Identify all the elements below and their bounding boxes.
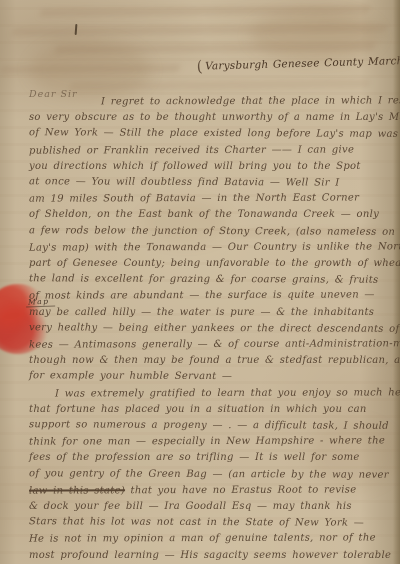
letter-line: I was extremely gratified to learn that … <box>29 385 395 402</box>
dateline-text: Varysburgh Genesee County March 16. 1830 <box>205 53 400 72</box>
dateline-flourish: ( <box>194 57 205 76</box>
letter-scan: (Varysburgh Genesee County March 16. 183… <box>0 0 400 564</box>
letter-line: published or Franklin received its Chart… <box>29 142 395 159</box>
letter-line: I regret to acknowledge that the place i… <box>29 93 395 110</box>
letter-line: am 19 miles South of Batavia — in the No… <box>29 191 395 208</box>
letter-line: part of Genesee County; being unfavorabl… <box>29 256 395 272</box>
letter-line: most profound learning — His sagacity se… <box>29 548 395 564</box>
bleedthrough-line <box>39 6 371 15</box>
letter-line: so very obscure as to be thought unworth… <box>29 110 395 126</box>
bleedthrough-line <box>0 65 181 73</box>
letter-line: think for one man — especially in New Ha… <box>29 434 395 451</box>
letter-line: of New York — Still the place existed lo… <box>29 126 395 144</box>
letter-line: of you gentry of the Green Bag — (an art… <box>29 466 395 484</box>
letter-line: & dock your fee bill — Ira Goodall Esq —… <box>29 499 395 515</box>
letter-line: very healthy — being either yankees or t… <box>29 320 395 338</box>
letter-line: support so numerous a progeny — . — a di… <box>29 417 395 435</box>
letter-line: He is not in my opinion a man of genuine… <box>29 531 395 548</box>
letter-line: kees — Antimasons generally — & of cours… <box>29 336 395 353</box>
letter-line: Lay's map) with the Tonawanda — Our Coun… <box>29 239 395 256</box>
letter-line: may be called hilly — the water is pure … <box>29 305 395 321</box>
letter-line: that fortune has placed you in a situati… <box>29 402 395 418</box>
letter-line: of Sheldon, on the East bank of the Tona… <box>29 207 395 223</box>
dateline: (Varysburgh Genesee County March 16. 183… <box>196 50 396 74</box>
letter-line: at once — You will doubtless find Batavi… <box>29 174 395 192</box>
letter-line: fees of the profession are so trifling —… <box>29 450 395 466</box>
letter-line: for example your humble Servant — <box>29 369 395 387</box>
bleedthrough-line <box>11 25 388 35</box>
ink-mark <box>75 24 78 35</box>
letter-line: of most kinds are abundant — the surface… <box>29 288 395 305</box>
bleedthrough-line <box>69 80 371 89</box>
letter-line: a few rods below the junction of Stony C… <box>29 223 395 241</box>
letter-line: though now & then may be found a true & … <box>29 353 395 369</box>
letter-line: law in this state) that you have no Eras… <box>29 482 395 499</box>
letter-body: I regret to acknowledge that the place i… <box>29 94 395 564</box>
letter-line: you directions which if followed will br… <box>29 159 395 175</box>
struck-text: law in this state) <box>29 485 125 496</box>
